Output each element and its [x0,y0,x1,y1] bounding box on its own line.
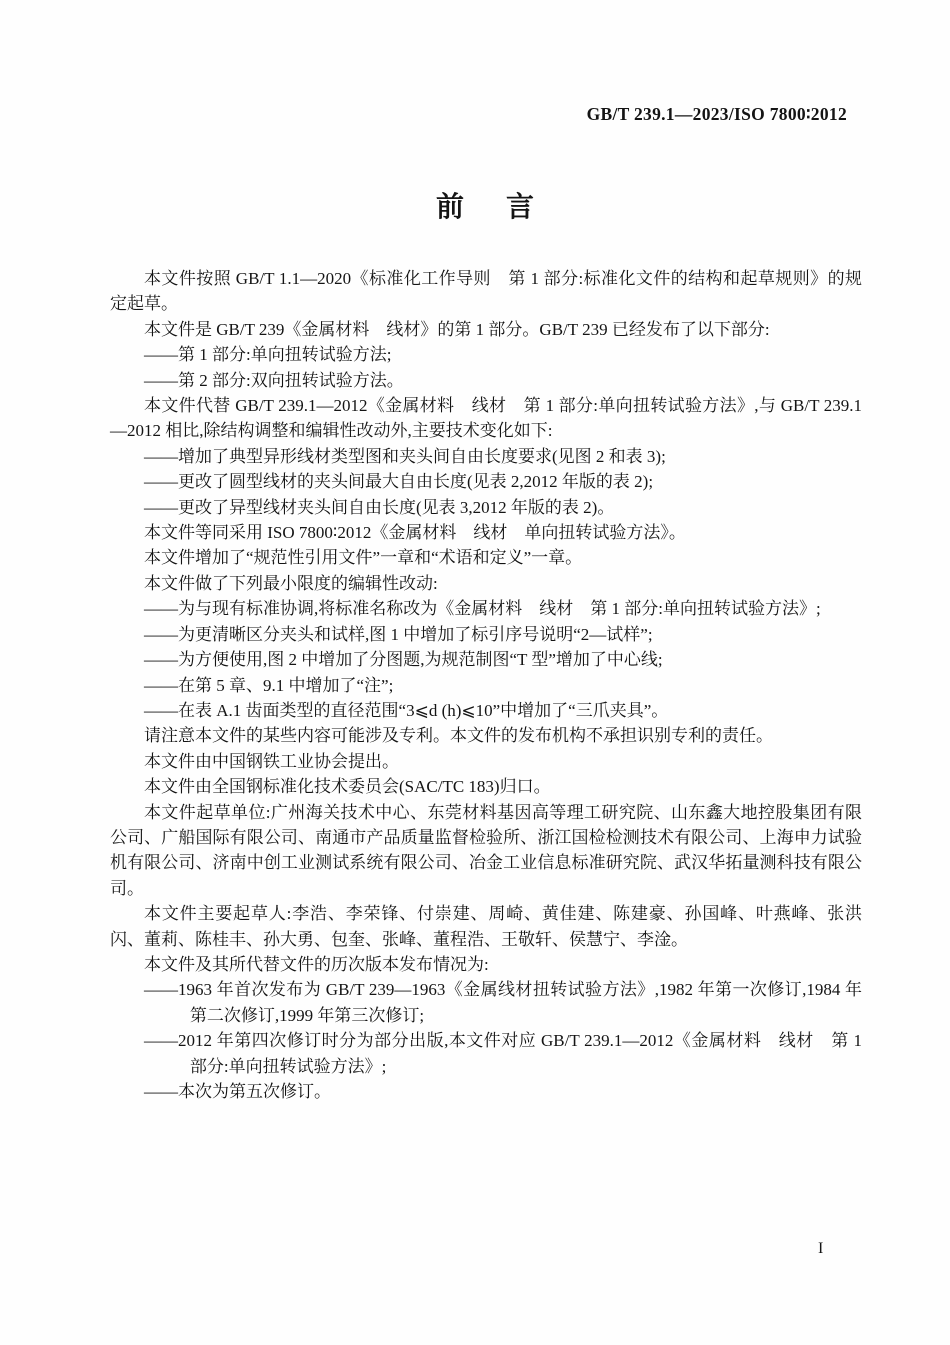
foreword-list-item: ——更改了圆型线材的夹头间最大自由长度(见表 2,2012 年版的表 2); [110,469,862,494]
foreword-title: 前言 [110,185,860,225]
foreword-list-item: ——为更清晰区分夹头和试样,图 1 中增加了标引序号说明“2—试样”; [110,622,862,647]
foreword-list-item: ——第 2 部分:双向扭转试验方法。 [110,368,862,393]
page-number: I [818,1240,823,1258]
foreword-list-item: ——第 1 部分:单向扭转试验方法; [110,342,862,367]
foreword-paragraph: 本文件按照 GB/T 1.1—2020《标准化工作导则 第 1 部分:标准化文件… [110,266,862,317]
foreword-list-item: ——更改了异型线材夹头间自由长度(见表 3,2012 年版的表 2)。 [110,495,862,520]
foreword-list-item: ——为与现有标准协调,将标准名称改为《金属材料 线材 第 1 部分:单向扭转试验… [110,596,862,621]
foreword-list-item: ——增加了典型异形线材类型图和夹头间自由长度要求(见图 2 和表 3); [110,444,862,469]
foreword-list-item: ——本次为第五次修订。 [110,1079,862,1104]
foreword-body: 本文件按照 GB/T 1.1—2020《标准化工作导则 第 1 部分:标准化文件… [110,266,862,1104]
foreword-paragraph: 本文件是 GB/T 239《金属材料 线材》的第 1 部分。GB/T 239 已… [110,317,862,342]
foreword-paragraph: 本文件增加了“规范性引用文件”一章和“术语和定义”一章。 [110,545,862,570]
foreword-paragraph: 本文件主要起草人:李浩、李荣锋、付崇建、周崎、黄佳建、陈建豪、孙国峰、叶燕峰、张… [110,901,862,952]
foreword-paragraph: 本文件代替 GB/T 239.1—2012《金属材料 线材 第 1 部分:单向扭… [110,393,862,444]
foreword-list-item: ——2012 年第四次修订时分为部分出版,本文件对应 GB/T 239.1—20… [110,1028,862,1079]
foreword-list-item: ——为方便使用,图 2 中增加了分图题,为规范制图“T 型”增加了中心线; [110,647,862,672]
foreword-list-item: ——1963 年首次发布为 GB/T 239—1963《金属线材扭转试验方法》,… [110,977,862,1028]
foreword-paragraph: 本文件等同采用 ISO 7800∶2012《金属材料 线材 单向扭转试验方法》。 [110,520,862,545]
foreword-list-item: ——在第 5 章、9.1 中增加了“注”; [110,673,862,698]
foreword-paragraph: 本文件及其所代替文件的历次版本发布情况为: [110,952,862,977]
foreword-paragraph: 本文件由中国钢铁工业协会提出。 [110,749,862,774]
standard-number-header: GB/T 239.1—2023/ISO 7800∶2012 [587,104,847,125]
foreword-paragraph: 本文件起草单位:广州海关技术中心、东莞材料基因高等理工研究院、山东鑫大地控股集团… [110,800,862,902]
foreword-list-item: ——在表 A.1 齿面类型的直径范围“3⩽d (h)⩽10”中增加了“三爪夹具”… [110,698,862,723]
foreword-paragraph: 本文件做了下列最小限度的编辑性改动: [110,571,862,596]
standard-document-page: GB/T 239.1—2023/ISO 7800∶2012 前言 本文件按照 G… [0,0,950,1345]
foreword-paragraph: 请注意本文件的某些内容可能涉及专利。本文件的发布机构不承担识别专利的责任。 [110,723,862,748]
foreword-paragraph: 本文件由全国钢标准化技术委员会(SAC/TC 183)归口。 [110,774,862,799]
